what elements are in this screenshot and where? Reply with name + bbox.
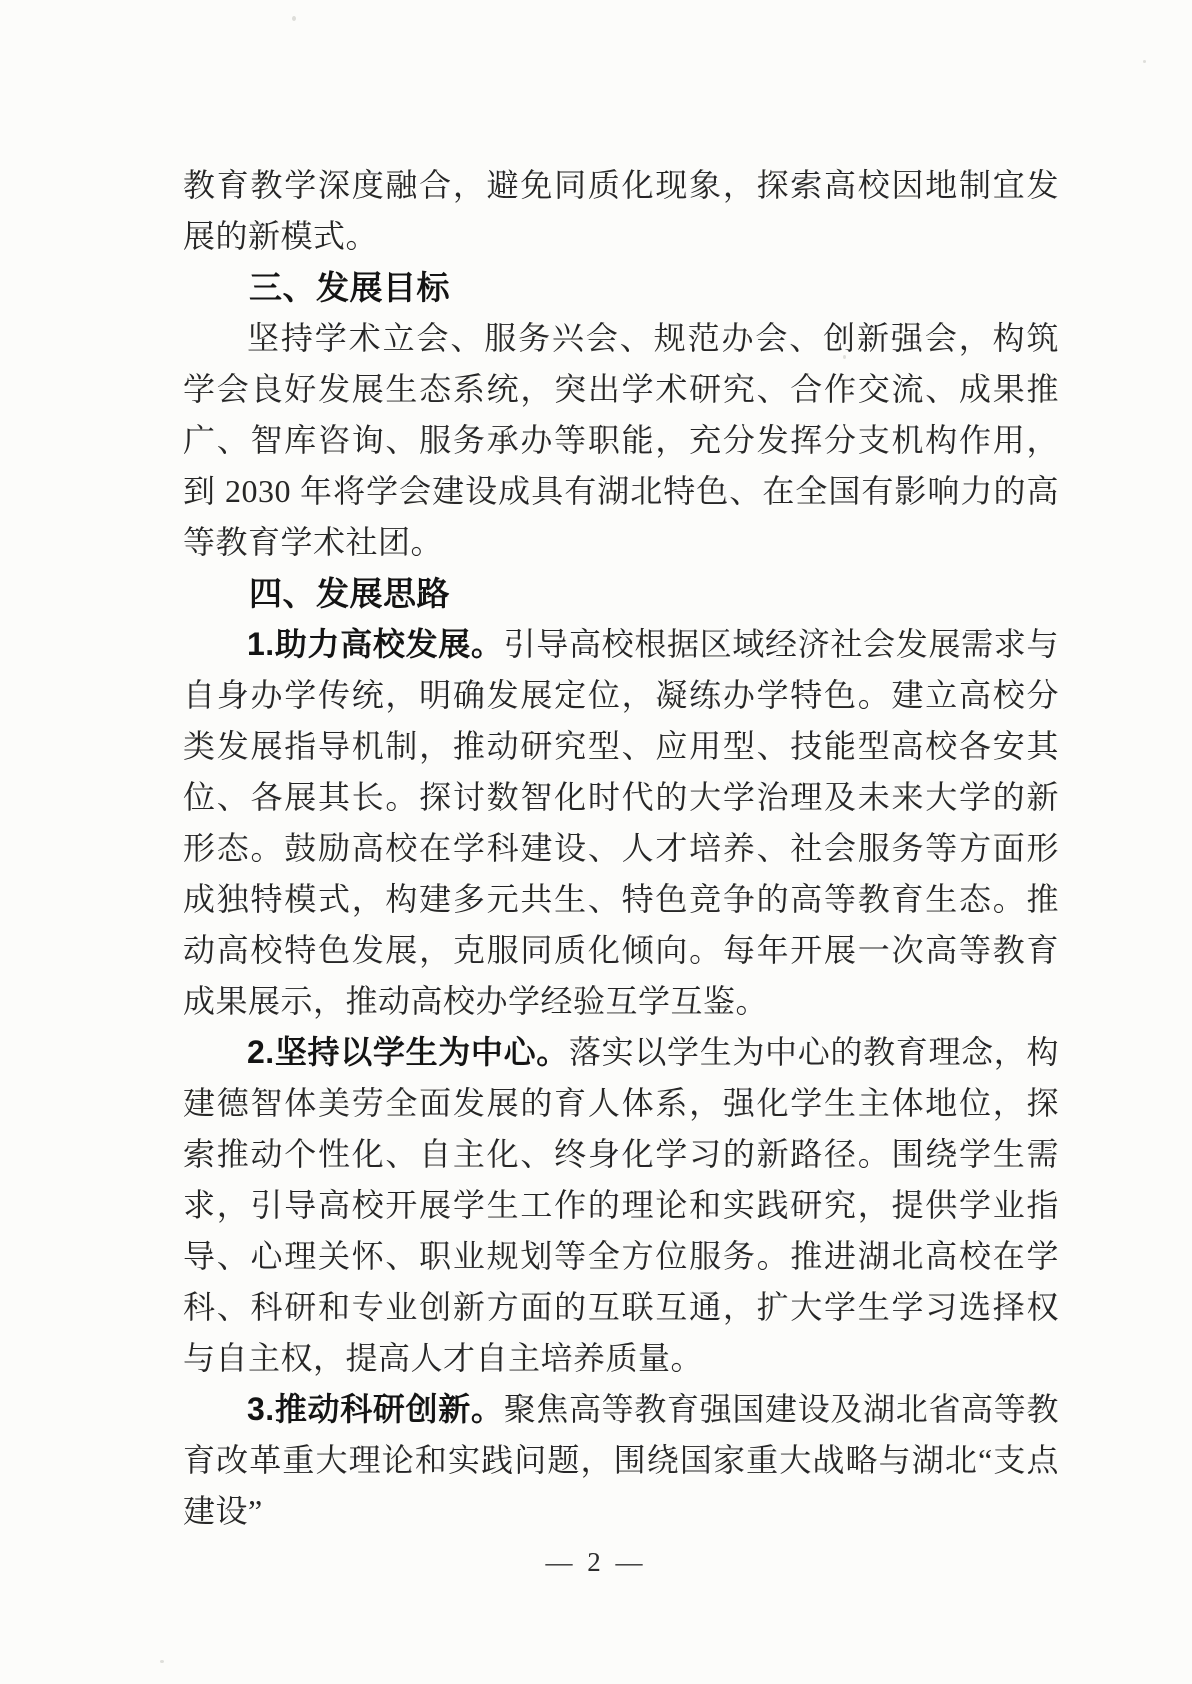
paragraph-lead: 1.助力高校发展。: [247, 626, 504, 662]
paragraph-item-3-research-innovation: 3.推动科研创新。聚焦高等教育强国建设及湖北省高等教育改革重大理论和实践问题，围…: [183, 1384, 1059, 1537]
scan-speck: [160, 1660, 164, 1663]
paragraph-text: 引导高校根据区域经济社会发展需求与自身办学传统，明确发展定位，凝练办学特色。建立…: [183, 626, 1059, 1019]
paragraph-continuation: 教育教学深度融合，避免同质化现象，探索高校因地制宜发展的新模式。: [183, 160, 1059, 262]
paragraph-lead: 3.推动科研创新。: [247, 1391, 504, 1427]
paragraph-text: 教育教学深度融合，避免同质化现象，探索高校因地制宜发展的新模式。: [183, 167, 1059, 254]
scan-speck: [292, 16, 296, 21]
heading-text: 三、发展目标: [249, 269, 450, 306]
paragraph-item-2-student-centered: 2.坚持以学生为中心。落实以学生为中心的教育理念，构建德智体美劳全面发展的育人体…: [183, 1027, 1059, 1384]
paragraph-development-goals: 坚持学术立会、服务兴会、规范办会、创新强会，构筑学会良好发展生态系统，突出学术研…: [183, 313, 1059, 568]
heading-text: 四、发展思路: [249, 575, 450, 612]
paragraph-text: 落实以学生为中心的教育理念，构建德智体美劳全面发展的育人体系，强化学生主体地位，…: [183, 1034, 1059, 1376]
paragraph-item-1-support-universities: 1.助力高校发展。引导高校根据区域经济社会发展需求与自身办学传统，明确发展定位，…: [183, 619, 1059, 1027]
section-heading-development-approach: 四、发展思路: [183, 568, 1059, 619]
paragraph-lead: 2.坚持以学生为中心。: [247, 1034, 569, 1070]
document-page: 教育教学深度融合，避免同质化现象，探索高校因地制宜发展的新模式。 三、发展目标 …: [0, 0, 1192, 1684]
document-body: 教育教学深度融合，避免同质化现象，探索高校因地制宜发展的新模式。 三、发展目标 …: [183, 160, 1059, 1537]
paragraph-text: 坚持学术立会、服务兴会、规范办会、创新强会，构筑学会良好发展生态系统，突出学术研…: [183, 320, 1059, 560]
scan-speck: [1143, 60, 1146, 63]
page-number: — 2 —: [0, 1547, 1192, 1578]
section-heading-development-goals: 三、发展目标: [183, 262, 1059, 313]
